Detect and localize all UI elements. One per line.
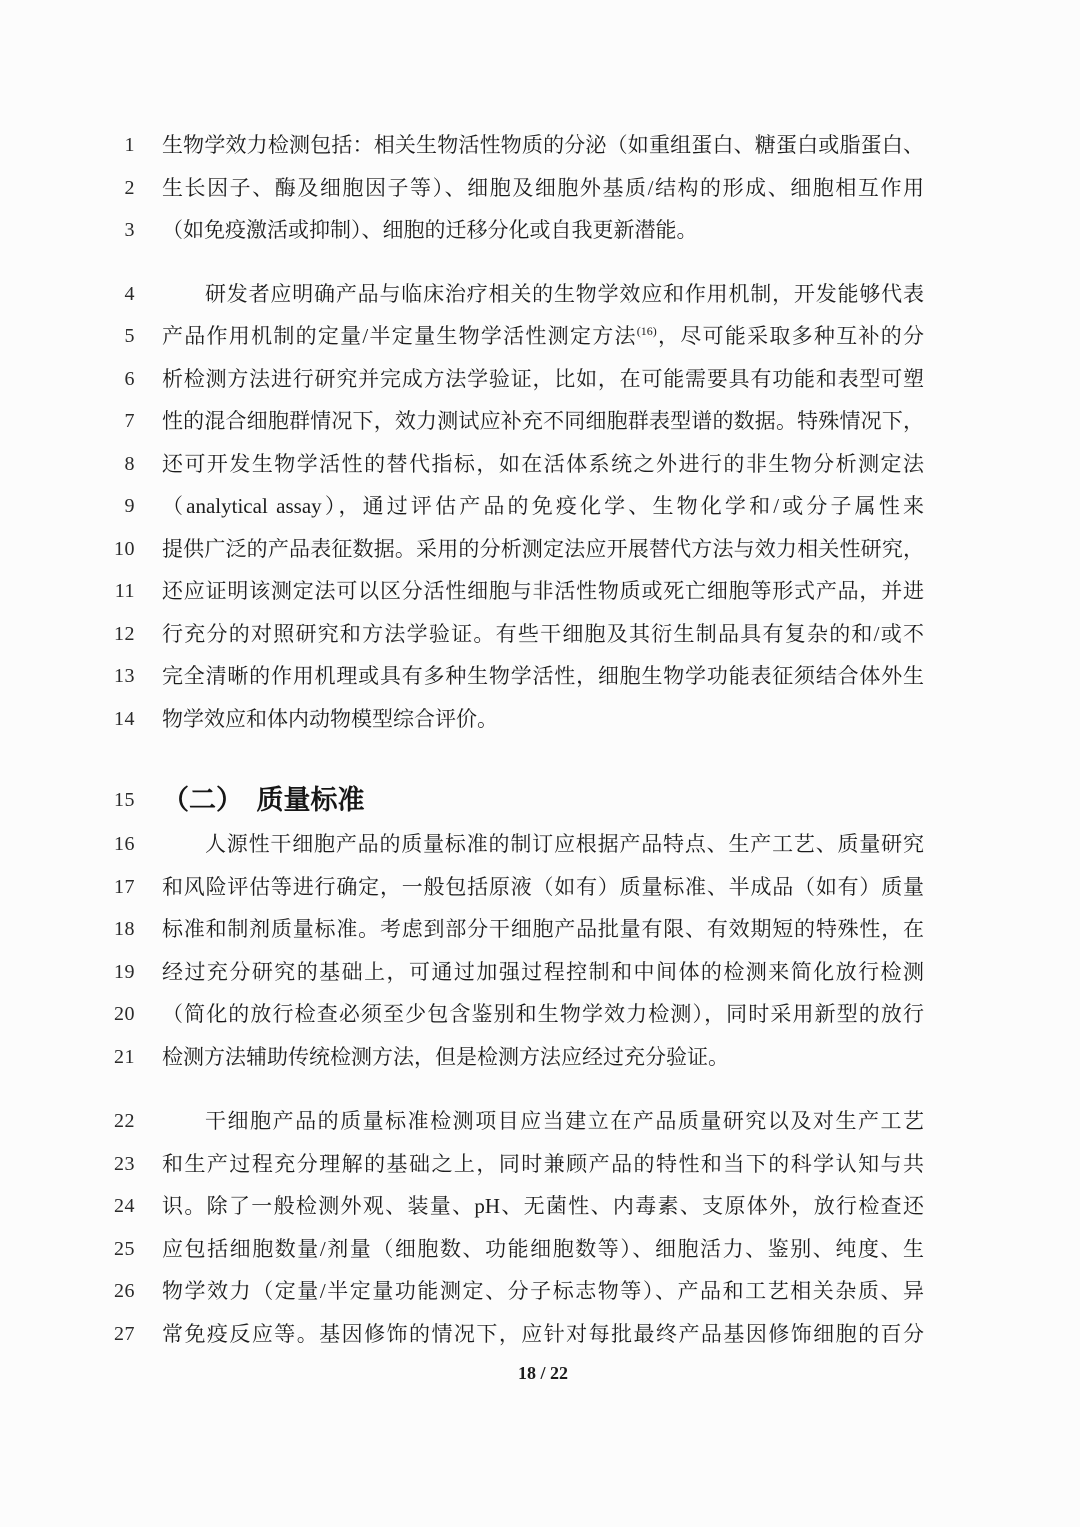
line-number: 13 [0,655,135,698]
line-row: 23和生产过程充分理解的基础之上，同时兼顾产品的特性和当下的科学认知与共 [0,1143,1080,1186]
line-text: 人源性干细胞产品的质量标准的制订应根据产品特点、生产工艺、质量研究 [162,823,924,866]
line-number: 11 [0,570,135,613]
line-number: 7 [0,400,135,443]
line-text: 提供广泛的产品表征数据。采用的分析测定法应开展替代方法与效力相关性研究， [162,528,924,571]
line-text: 完全清晰的作用机理或具有多种生物学活性，细胞生物学功能表征须结合体外生 [162,655,924,698]
line-row: 10提供广泛的产品表征数据。采用的分析测定法应开展替代方法与效力相关性研究， [0,528,1080,571]
line-text: （简化的放行检查必须至少包含鉴别和生物学效力检测），同时采用新型的放行 [162,993,924,1036]
line-text: （如免疫激活或抑制）、细胞的迁移分化或自我更新潜能。 [162,209,924,252]
line-row: 18标准和制剂质量标准。考虑到部分干细胞产品批量有限、有效期短的特殊性，在 [0,908,1080,951]
paragraph-block: 1生物学效力检测包括：相关生物活性物质的分泌（如重组蛋白、糖蛋白或脂蛋白、2生长… [0,124,1080,252]
line-number: 20 [0,993,135,1036]
line-row: 11还应证明该测定法可以区分活性细胞与非活性物质或死亡细胞等形式产品，并进 [0,570,1080,613]
line-number: 18 [0,908,135,951]
line-text: 产品作用机制的定量/半定量生物学活性测定方法(16)，尽可能采取多种互补的分 [162,315,924,358]
line-text: 性的混合细胞群情况下，效力测试应补充不同细胞群表型谱的数据。特殊情况下， [162,400,924,443]
line-text: 和风险评估等进行确定，一般包括原液（如有）质量标准、半成品（如有）质量 [162,866,924,909]
line-number: 27 [0,1313,135,1356]
document-content: 1生物学效力检测包括：相关生物活性物质的分泌（如重组蛋白、糖蛋白或脂蛋白、2生长… [0,0,1080,1355]
document-page: 1生物学效力检测包括：相关生物活性物质的分泌（如重组蛋白、糖蛋白或脂蛋白、2生长… [0,0,1080,1527]
line-row: 9（analytical assay），通过评估产品的免疫化学、生物化学和/或分… [0,485,1080,528]
line-text: 物学效力（定量/半定量功能测定、分子标志物等）、产品和工艺相关杂质、异 [162,1270,924,1313]
line-text: 还应证明该测定法可以区分活性细胞与非活性物质或死亡细胞等形式产品，并进 [162,570,924,613]
line-text: 识。除了一般检测外观、装量、pH、无菌性、内毒素、支原体外，放行检查还 [162,1185,924,1228]
line-number: 14 [0,698,135,741]
line-text: 析检测方法进行研究并完成方法学验证，比如，在可能需要具有功能和表型可塑 [162,358,924,401]
line-number: 3 [0,209,135,252]
line-number: 15 [0,777,135,823]
line-row: 3（如免疫激活或抑制）、细胞的迁移分化或自我更新潜能。 [0,209,1080,252]
line-number: 26 [0,1270,135,1313]
line-row: 7性的混合细胞群情况下，效力测试应补充不同细胞群表型谱的数据。特殊情况下， [0,400,1080,443]
line-row: 1生物学效力检测包括：相关生物活性物质的分泌（如重组蛋白、糖蛋白或脂蛋白、 [0,124,1080,167]
line-text: 研发者应明确产品与临床治疗相关的生物学效应和作用机制，开发能够代表 [162,273,924,316]
paragraph-block: 4研发者应明确产品与临床治疗相关的生物学效应和作用机制，开发能够代表5产品作用机… [0,273,1080,741]
line-number: 1 [0,124,135,167]
line-row: 5产品作用机制的定量/半定量生物学活性测定方法(16)，尽可能采取多种互补的分 [0,315,1080,358]
section-heading-block: 15（二） 质量标准 [0,777,1080,823]
line-row: 24识。除了一般检测外观、装量、pH、无菌性、内毒素、支原体外，放行检查还 [0,1185,1080,1228]
line-row: 8还可开发生物学活性的替代指标，如在活体系统之外进行的非生物分析测定法 [0,443,1080,486]
line-number: 5 [0,315,135,358]
section-heading: （二） 质量标准 [162,777,924,823]
line-row: 27常免疫反应等。基因修饰的情况下，应针对每批最终产品基因修饰细胞的百分 [0,1313,1080,1356]
line-text: 应包括细胞数量/剂量（细胞数、功能细胞数等）、细胞活力、鉴别、纯度、生 [162,1228,924,1271]
line-number: 4 [0,273,135,316]
line-row: 25应包括细胞数量/剂量（细胞数、功能细胞数等）、细胞活力、鉴别、纯度、生 [0,1228,1080,1271]
line-row: 16人源性干细胞产品的质量标准的制订应根据产品特点、生产工艺、质量研究 [0,823,1080,866]
line-number: 6 [0,358,135,401]
line-number: 21 [0,1036,135,1079]
line-text: 还可开发生物学活性的替代指标，如在活体系统之外进行的非生物分析测定法 [162,443,924,486]
line-text: 行充分的对照研究和方法学验证。有些干细胞及其衍生制品具有复杂的和/或不 [162,613,924,656]
line-text: 标准和制剂质量标准。考虑到部分干细胞产品批量有限、有效期短的特殊性，在 [162,908,924,951]
line-row: 13完全清晰的作用机理或具有多种生物学活性，细胞生物学功能表征须结合体外生 [0,655,1080,698]
line-number: 9 [0,485,135,528]
line-text: 生物学效力检测包括：相关生物活性物质的分泌（如重组蛋白、糖蛋白或脂蛋白、 [162,124,924,167]
line-number: 12 [0,613,135,656]
line-row: 20（简化的放行检查必须至少包含鉴别和生物学效力检测），同时采用新型的放行 [0,993,1080,1036]
line-text: 干细胞产品的质量标准检测项目应当建立在产品质量研究以及对生产工艺 [162,1100,924,1143]
line-number: 17 [0,866,135,909]
paragraph-block: 22干细胞产品的质量标准检测项目应当建立在产品质量研究以及对生产工艺23和生产过… [0,1100,1080,1355]
line-text: 和生产过程充分理解的基础之上，同时兼顾产品的特性和当下的科学认知与共 [162,1143,924,1186]
line-row: 6析检测方法进行研究并完成方法学验证，比如，在可能需要具有功能和表型可塑 [0,358,1080,401]
line-number: 22 [0,1100,135,1143]
line-row: 17和风险评估等进行确定，一般包括原液（如有）质量标准、半成品（如有）质量 [0,866,1080,909]
page-number-footer: 18 / 22 [162,1361,924,1385]
line-number: 24 [0,1185,135,1228]
line-number: 10 [0,528,135,571]
line-number: 16 [0,823,135,866]
line-number: 19 [0,951,135,994]
line-row: 2生长因子、酶及细胞因子等）、细胞及细胞外基质/结构的形成、细胞相互作用 [0,167,1080,210]
line-number: 8 [0,443,135,486]
line-row: 22干细胞产品的质量标准检测项目应当建立在产品质量研究以及对生产工艺 [0,1100,1080,1143]
line-row: 21检测方法辅助传统检测方法，但是检测方法应经过充分验证。 [0,1036,1080,1079]
line-row: 14物学效应和体内动物模型综合评价。 [0,698,1080,741]
line-text: 检测方法辅助传统检测方法，但是检测方法应经过充分验证。 [162,1036,924,1079]
line-text-segment: ，尽可能采取多种互补的分 [657,324,924,348]
line-number: 2 [0,167,135,210]
line-number: 25 [0,1228,135,1271]
line-text: （analytical assay），通过评估产品的免疫化学、生物化学和/或分子… [162,485,924,528]
line-row: 19经过充分研究的基础上，可通过加强过程控制和中间体的检测来简化放行检测 [0,951,1080,994]
paragraph-block: 16人源性干细胞产品的质量标准的制订应根据产品特点、生产工艺、质量研究17和风险… [0,823,1080,1078]
line-text: 物学效应和体内动物模型综合评价。 [162,698,924,741]
line-row: 15（二） 质量标准 [0,777,1080,823]
line-row: 4研发者应明确产品与临床治疗相关的生物学效应和作用机制，开发能够代表 [0,273,1080,316]
footnote-ref: (16) [637,324,657,338]
line-text: 常免疫反应等。基因修饰的情况下，应针对每批最终产品基因修饰细胞的百分 [162,1313,924,1356]
line-text-segment: 产品作用机制的定量/半定量生物学活性测定方法 [162,324,637,348]
line-row: 12行充分的对照研究和方法学验证。有些干细胞及其衍生制品具有复杂的和/或不 [0,613,1080,656]
line-number: 23 [0,1143,135,1186]
line-text: 经过充分研究的基础上，可通过加强过程控制和中间体的检测来简化放行检测 [162,951,924,994]
line-text: 生长因子、酶及细胞因子等）、细胞及细胞外基质/结构的形成、细胞相互作用 [162,167,924,210]
line-row: 26物学效力（定量/半定量功能测定、分子标志物等）、产品和工艺相关杂质、异 [0,1270,1080,1313]
